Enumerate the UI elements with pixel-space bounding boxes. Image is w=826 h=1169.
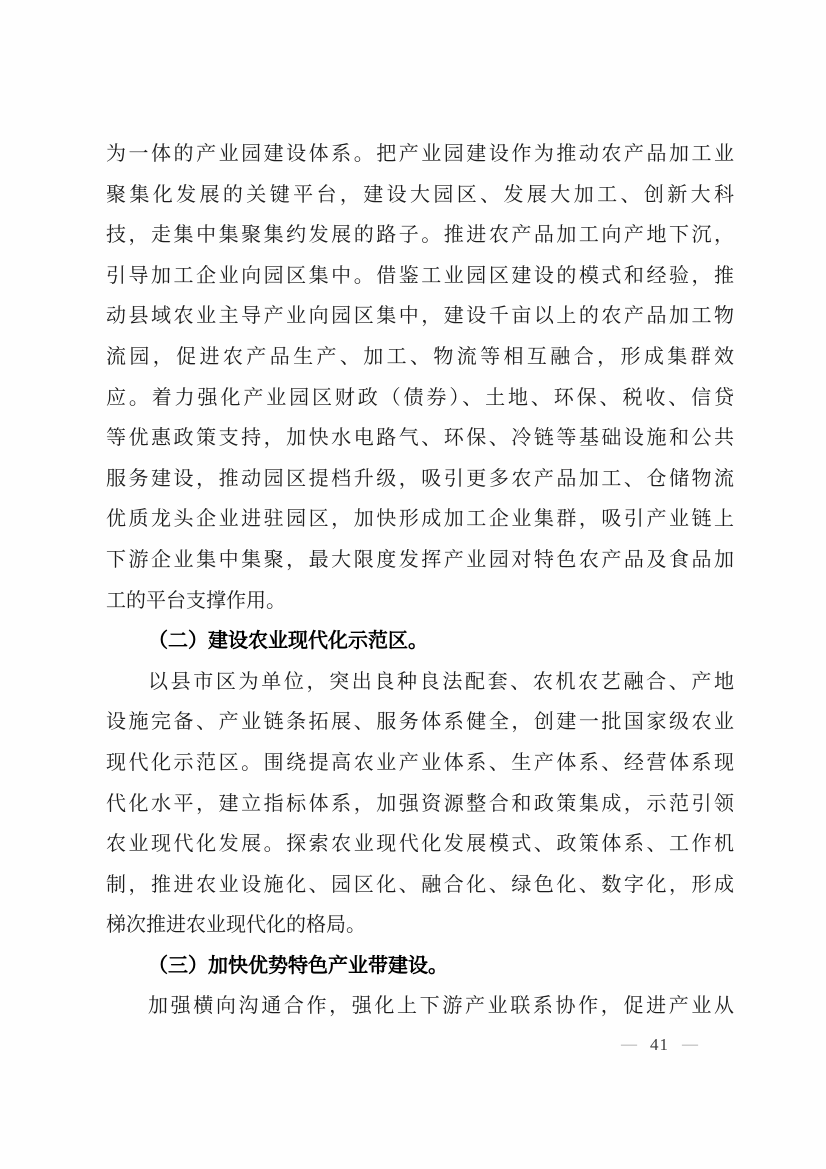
- text-line: 服务建设，推动园区提档升级，吸引更多农产品加工、仓储物流: [106, 459, 734, 500]
- page-footer: — 41 —: [621, 1036, 698, 1053]
- text-line: 制，推进农业设施化、园区化、融合化、绿色化、数字化，形成: [106, 865, 734, 906]
- text-line: 梯次推进农业现代化的格局。: [106, 905, 734, 946]
- text-line: 下游企业集中集聚，最大限度发挥产业园对特色农产品及食品加: [106, 540, 734, 581]
- text-line: 应。着力强化产业园区财政（债券）、土地、环保、税收、信贷: [106, 378, 734, 419]
- text-line: 以县市区为单位，突出良种良法配套、农机农艺融合、产地: [106, 662, 734, 703]
- text-line: 工的平台支撑作用。: [106, 581, 734, 622]
- text-line: 流园，促进农产品生产、加工、物流等相互融合，形成集群效: [106, 337, 734, 378]
- text-line: 现代化示范区。围绕提高农业产业体系、生产体系、经营体系现: [106, 743, 734, 784]
- text-line: 设施完备、产业链条拓展、服务体系健全，创建一批国家级农业: [106, 702, 734, 743]
- text-block: 为一体的产业园建设体系。把产业园建设作为推动农产品加工业聚集化发展的关键平台，建…: [106, 134, 734, 1027]
- section-heading: （三）加快优势特色产业带建设。: [106, 946, 734, 987]
- page-number: 41: [650, 1036, 669, 1053]
- text-line: 等优惠政策支持，加快水电路气、环保、冷链等基础设施和公共: [106, 418, 734, 459]
- footer-dash-right: —: [682, 1037, 698, 1053]
- text-line: 代化水平，建立指标体系，加强资源整合和政策集成，示范引领: [106, 784, 734, 825]
- text-line: 加强横向沟通合作，强化上下游产业联系协作，促进产业从: [106, 986, 734, 1027]
- text-line: 技，走集中集聚集约发展的路子。推进农产品加工向产地下沉，: [106, 215, 734, 256]
- text-line: 聚集化发展的关键平台，建设大园区、发展大加工、创新大科: [106, 175, 734, 216]
- text-line: 为一体的产业园建设体系。把产业园建设作为推动农产品加工业: [106, 134, 734, 175]
- text-line: 引导加工企业向园区集中。借鉴工业园区建设的模式和经验，推: [106, 256, 734, 297]
- text-line: 优质龙头企业进驻园区，加快形成加工企业集群，吸引产业链上: [106, 499, 734, 540]
- text-line: 动县域农业主导产业向园区集中，建设千亩以上的农产品加工物: [106, 296, 734, 337]
- section-heading: （二）建设农业现代化示范区。: [106, 621, 734, 662]
- document-page: 为一体的产业园建设体系。把产业园建设作为推动农产品加工业聚集化发展的关键平台，建…: [0, 0, 826, 1169]
- text-line: 农业现代化发展。探索农业现代化发展模式、政策体系、工作机: [106, 824, 734, 865]
- footer-dash-left: —: [621, 1037, 637, 1053]
